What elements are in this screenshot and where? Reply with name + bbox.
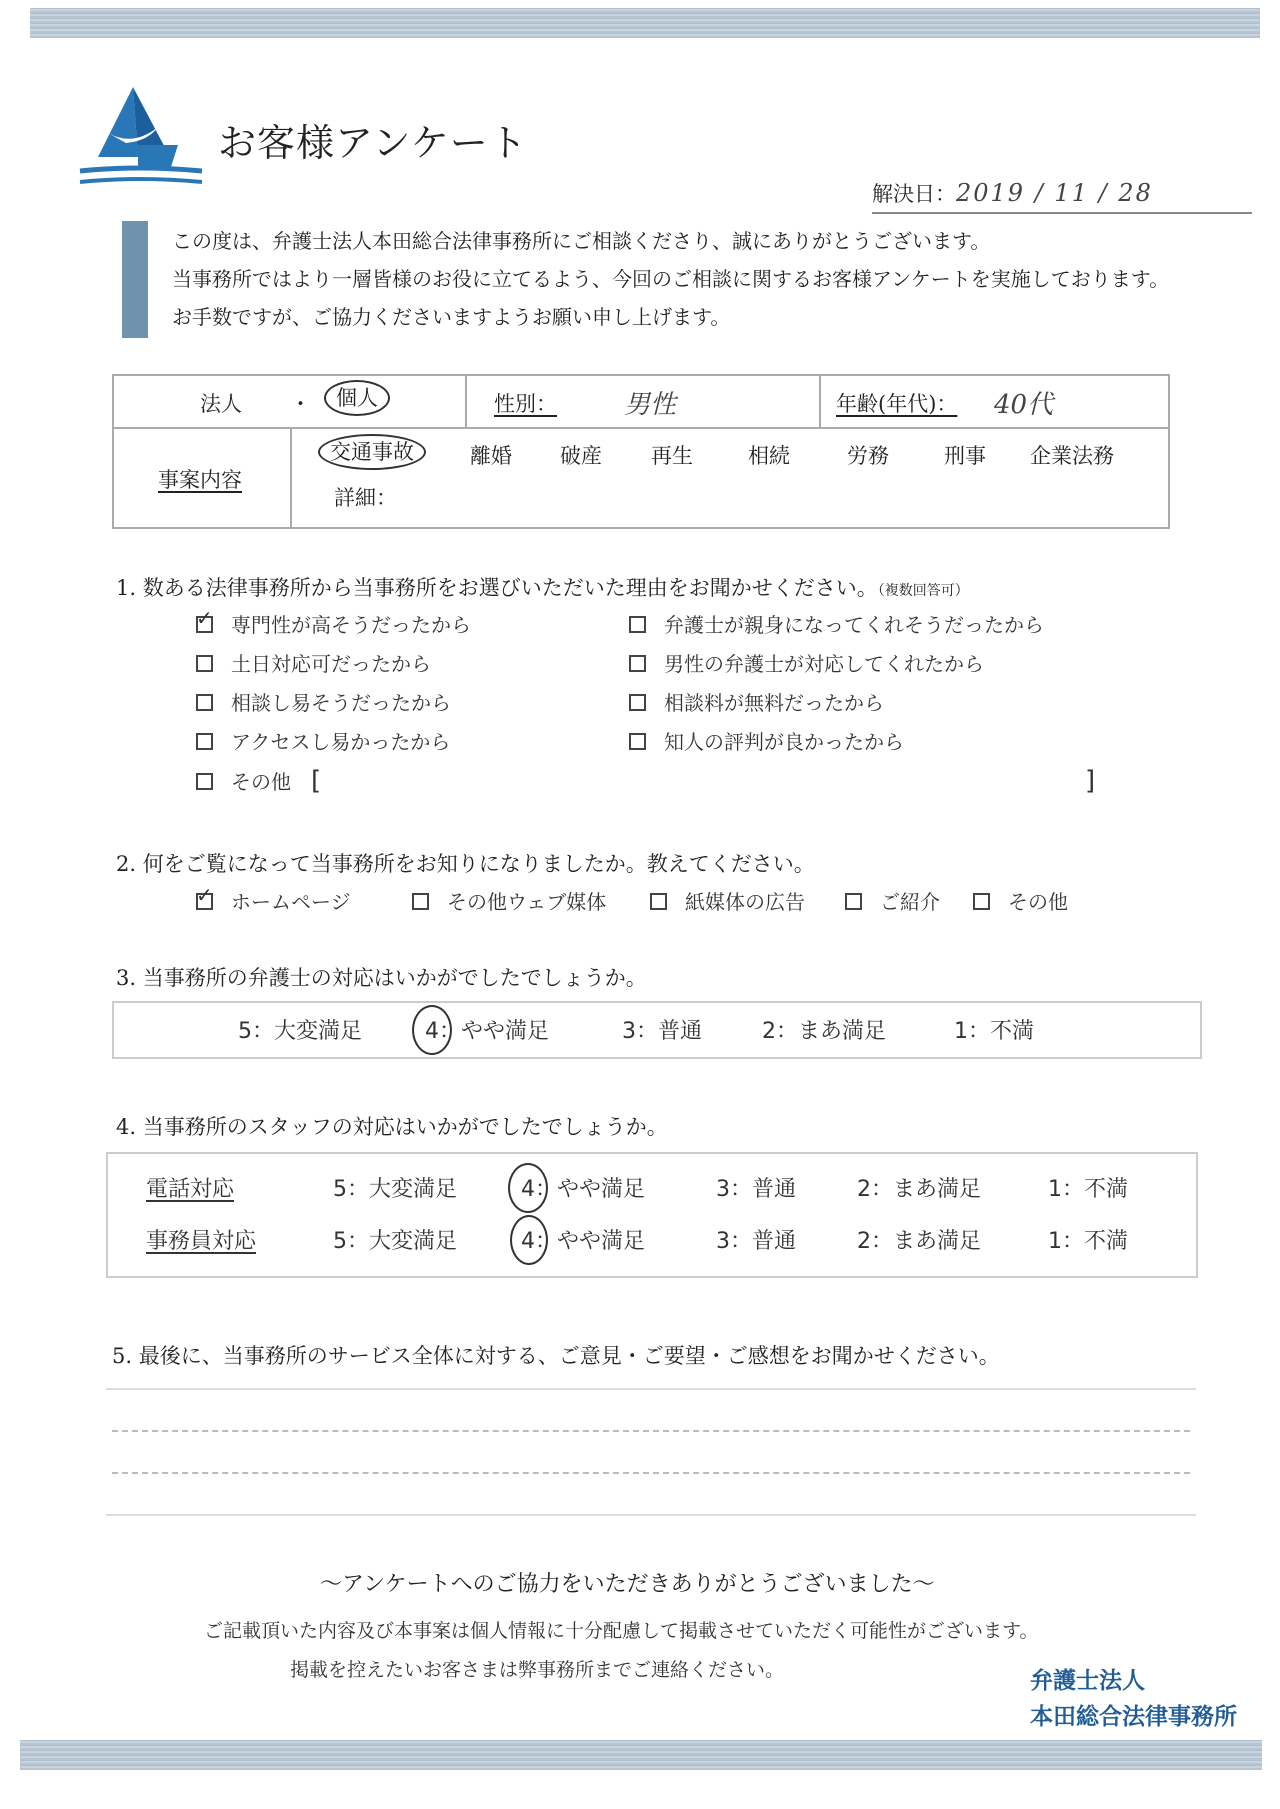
q1-option[interactable]: アクセスし易かったから: [196, 726, 450, 755]
option-label: その他: [231, 770, 291, 794]
checkbox-icon[interactable]: [629, 694, 646, 711]
q4-clerk-scale-3[interactable]: 3：普通: [716, 1224, 796, 1255]
checkbox-checked-icon[interactable]: [196, 616, 213, 633]
firm-logo-icon: [78, 85, 203, 190]
q1-option[interactable]: 男性の弁護士が対応してくれたから: [629, 648, 984, 677]
q1-option[interactable]: 知人の評判が良かったから: [629, 726, 904, 755]
page-title: お客様アンケート: [218, 112, 528, 167]
option-label: ホームページ: [231, 890, 351, 914]
q1-option[interactable]: 土日対応可だったから: [196, 648, 431, 677]
q1-option[interactable]: 弁護士が親身になってくれそうだったから: [629, 609, 1044, 638]
answer-line: [112, 1472, 1190, 1474]
option-label: 弁護士が親身になってくれそうだったから: [664, 613, 1044, 637]
top-decorative-band: [30, 8, 1260, 38]
q4-phone-scale-2[interactable]: 2：まあ満足: [857, 1172, 981, 1203]
intro-line: お手数ですが、ご協力くださいますようお願い申し上げます。: [172, 298, 1169, 336]
option-label: 知人の評判が良かったから: [664, 730, 904, 754]
option-corporate[interactable]: 法人: [200, 388, 242, 418]
option-label: その他: [1008, 890, 1068, 914]
checkbox-icon[interactable]: [629, 616, 646, 633]
case-option-corporate-law[interactable]: 企業法務: [1030, 440, 1114, 470]
checkbox-icon[interactable]: [973, 893, 990, 910]
q3-scale-5[interactable]: 5：大変満足: [238, 1014, 362, 1045]
q1-title: 1. 数ある法律事務所から当事務所をお選びいただいた理由をお聞かせください。（複…: [116, 572, 969, 602]
checkbox-icon[interactable]: [629, 655, 646, 672]
q4-phone-scale-3[interactable]: 3：普通: [716, 1172, 796, 1203]
date-value: 2019 / 11 / 28: [956, 179, 1153, 207]
option-label: 専門性が高そうだったから: [231, 613, 471, 637]
q1-title-text: 1. 数ある法律事務所から当事務所をお選びいただいた理由をお聞かせください。: [116, 576, 878, 600]
intro-line: 当事務所ではより一層皆様のお役に立てるよう、今回のご相談に関するお客様アンケート…: [172, 260, 1169, 298]
q4-phone-scale-5[interactable]: 5：大変満足: [333, 1172, 457, 1203]
divider: [819, 376, 821, 427]
case-option-divorce[interactable]: 離婚: [470, 440, 512, 470]
age-value[interactable]: 40代: [994, 384, 1053, 421]
q2-option[interactable]: ホームページ: [196, 886, 351, 915]
checkbox-icon[interactable]: [196, 733, 213, 750]
checkbox-icon[interactable]: [845, 893, 862, 910]
case-option-rehabilitation[interactable]: 再生: [651, 440, 693, 470]
age-label: 年齢(年代)：: [836, 388, 957, 418]
option-individual: 個人: [324, 380, 390, 416]
gender-value[interactable]: 男性: [624, 384, 676, 421]
q5-answer-area[interactable]: [106, 1388, 1196, 1516]
q2-option[interactable]: その他: [973, 886, 1068, 915]
case-option-labor[interactable]: 労務: [847, 440, 889, 470]
case-option-traffic: 交通事故: [318, 434, 426, 470]
intro-accent-bar: [122, 221, 148, 338]
opt-out-note: 掲載を控えたいお客さまは弊事務所までご連絡ください。: [290, 1655, 784, 1682]
checkbox-checked-icon[interactable]: [196, 893, 213, 910]
q1-option[interactable]: 専門性が高そうだったから: [196, 609, 471, 638]
option-label: 相談料が無料だったから: [664, 691, 884, 715]
resolution-date: 解決日：2019 / 11 / 28: [872, 178, 1252, 214]
q4-phone-scale-4-selected[interactable]: 4：やや満足: [521, 1172, 645, 1203]
option-label: 男性の弁護士が対応してくれたから: [664, 652, 984, 676]
divider: [114, 427, 1168, 429]
answer-line: [112, 1430, 1190, 1432]
q4-title: 4. 当事務所のスタッフの対応はいかがでしたでしょうか。: [116, 1111, 668, 1141]
case-option-traffic-selected[interactable]: 交通事故: [318, 436, 426, 466]
checkbox-icon[interactable]: [196, 694, 213, 711]
divider: [290, 427, 292, 527]
thanks-message: ～アンケートへのご協力をいただきありがとうございました～: [320, 1567, 935, 1598]
firm-name-line2: 本田総合法律事務所: [1030, 1698, 1237, 1731]
option-label: その他ウェブ媒体: [447, 890, 606, 914]
q2-option[interactable]: その他ウェブ媒体: [412, 886, 606, 915]
q3-title: 3. 当事務所の弁護士の対応はいかがでしたでしょうか。: [116, 962, 647, 992]
separator-dot: ・: [290, 388, 311, 418]
option-label: 紙媒体の広告: [685, 890, 805, 914]
case-label: 事案内容: [158, 464, 242, 494]
q4-phone-scale-1[interactable]: 1：不満: [1048, 1172, 1128, 1203]
checkbox-icon[interactable]: [650, 893, 667, 910]
q4-clerk-scale-4-selected[interactable]: 4：やや満足: [521, 1224, 645, 1255]
intro-text: この度は、弁護士法人本田総合法律事務所にご相談くださり、誠にありがとうございます…: [172, 222, 1169, 336]
q4-clerk-scale-2[interactable]: 2：まあ満足: [857, 1224, 981, 1255]
q3-scale-3[interactable]: 3：普通: [622, 1014, 702, 1045]
bracket-open: [: [311, 766, 321, 796]
q2-option[interactable]: ご紹介: [845, 886, 940, 915]
q2-title: 2. 何をご覧になって当事務所をお知りになりましたか。教えてください。: [116, 848, 815, 878]
checkbox-icon[interactable]: [196, 773, 213, 790]
case-option-criminal[interactable]: 刑事: [944, 440, 986, 470]
checkbox-icon[interactable]: [412, 893, 429, 910]
option-label: アクセスし易かったから: [231, 730, 450, 754]
q4-row-label-phone: 電話対応: [146, 1172, 234, 1203]
bracket-close: ]: [1085, 766, 1095, 796]
q4-clerk-scale-1[interactable]: 1：不満: [1048, 1224, 1128, 1255]
q4-clerk-scale-5[interactable]: 5：大変満足: [333, 1224, 457, 1255]
checkbox-icon[interactable]: [196, 655, 213, 672]
client-info-table: 法人 ・ 個人 性別： 男性 年齢(年代)： 40代 事案内容 交通事故 離婚 …: [112, 374, 1170, 529]
divider: [465, 376, 467, 427]
q4-row-label-clerk: 事務員対応: [146, 1224, 256, 1255]
q1-option-other[interactable]: その他[: [196, 766, 321, 796]
case-option-bankruptcy[interactable]: 破産: [560, 440, 602, 470]
gender-label: 性別：: [494, 388, 557, 418]
option-label: 相談し易そうだったから: [231, 691, 451, 715]
case-option-inheritance[interactable]: 相続: [748, 440, 790, 470]
detail-label: 詳細：: [334, 482, 397, 512]
option-label: 土日対応可だったから: [231, 652, 431, 676]
q5-title: 5. 最後に、当事務所のサービス全体に対する、ご意見・ご要望・ご感想をお聞かせく…: [112, 1340, 1000, 1370]
q3-scale-2[interactable]: 2：まあ満足: [762, 1014, 886, 1045]
firm-name-line1: 弁護士法人: [1030, 1662, 1145, 1695]
publication-note: ご記載頂いた内容及び本事案は個人情報に十分配慮して掲載させていただく可能性がござ…: [204, 1616, 1038, 1643]
q2-option[interactable]: 紙媒体の広告: [650, 886, 805, 915]
option-label: ご紹介: [880, 890, 940, 914]
checkbox-icon[interactable]: [629, 733, 646, 750]
intro-line: この度は、弁護士法人本田総合法律事務所にご相談くださり、誠にありがとうございます…: [172, 222, 1169, 260]
q3-scale-1[interactable]: 1：不満: [954, 1014, 1034, 1045]
q1-note: （複数回答可）: [878, 583, 969, 599]
date-label: 解決日：: [872, 182, 956, 206]
q4-scale-box: [106, 1152, 1198, 1278]
q1-option[interactable]: 相談し易そうだったから: [196, 687, 451, 716]
q1-option[interactable]: 相談料が無料だったから: [629, 687, 884, 716]
bottom-decorative-band: [20, 1740, 1262, 1770]
option-individual-selected[interactable]: 個人: [324, 382, 390, 412]
q3-scale-4-selected[interactable]: 4：やや満足: [425, 1014, 549, 1045]
